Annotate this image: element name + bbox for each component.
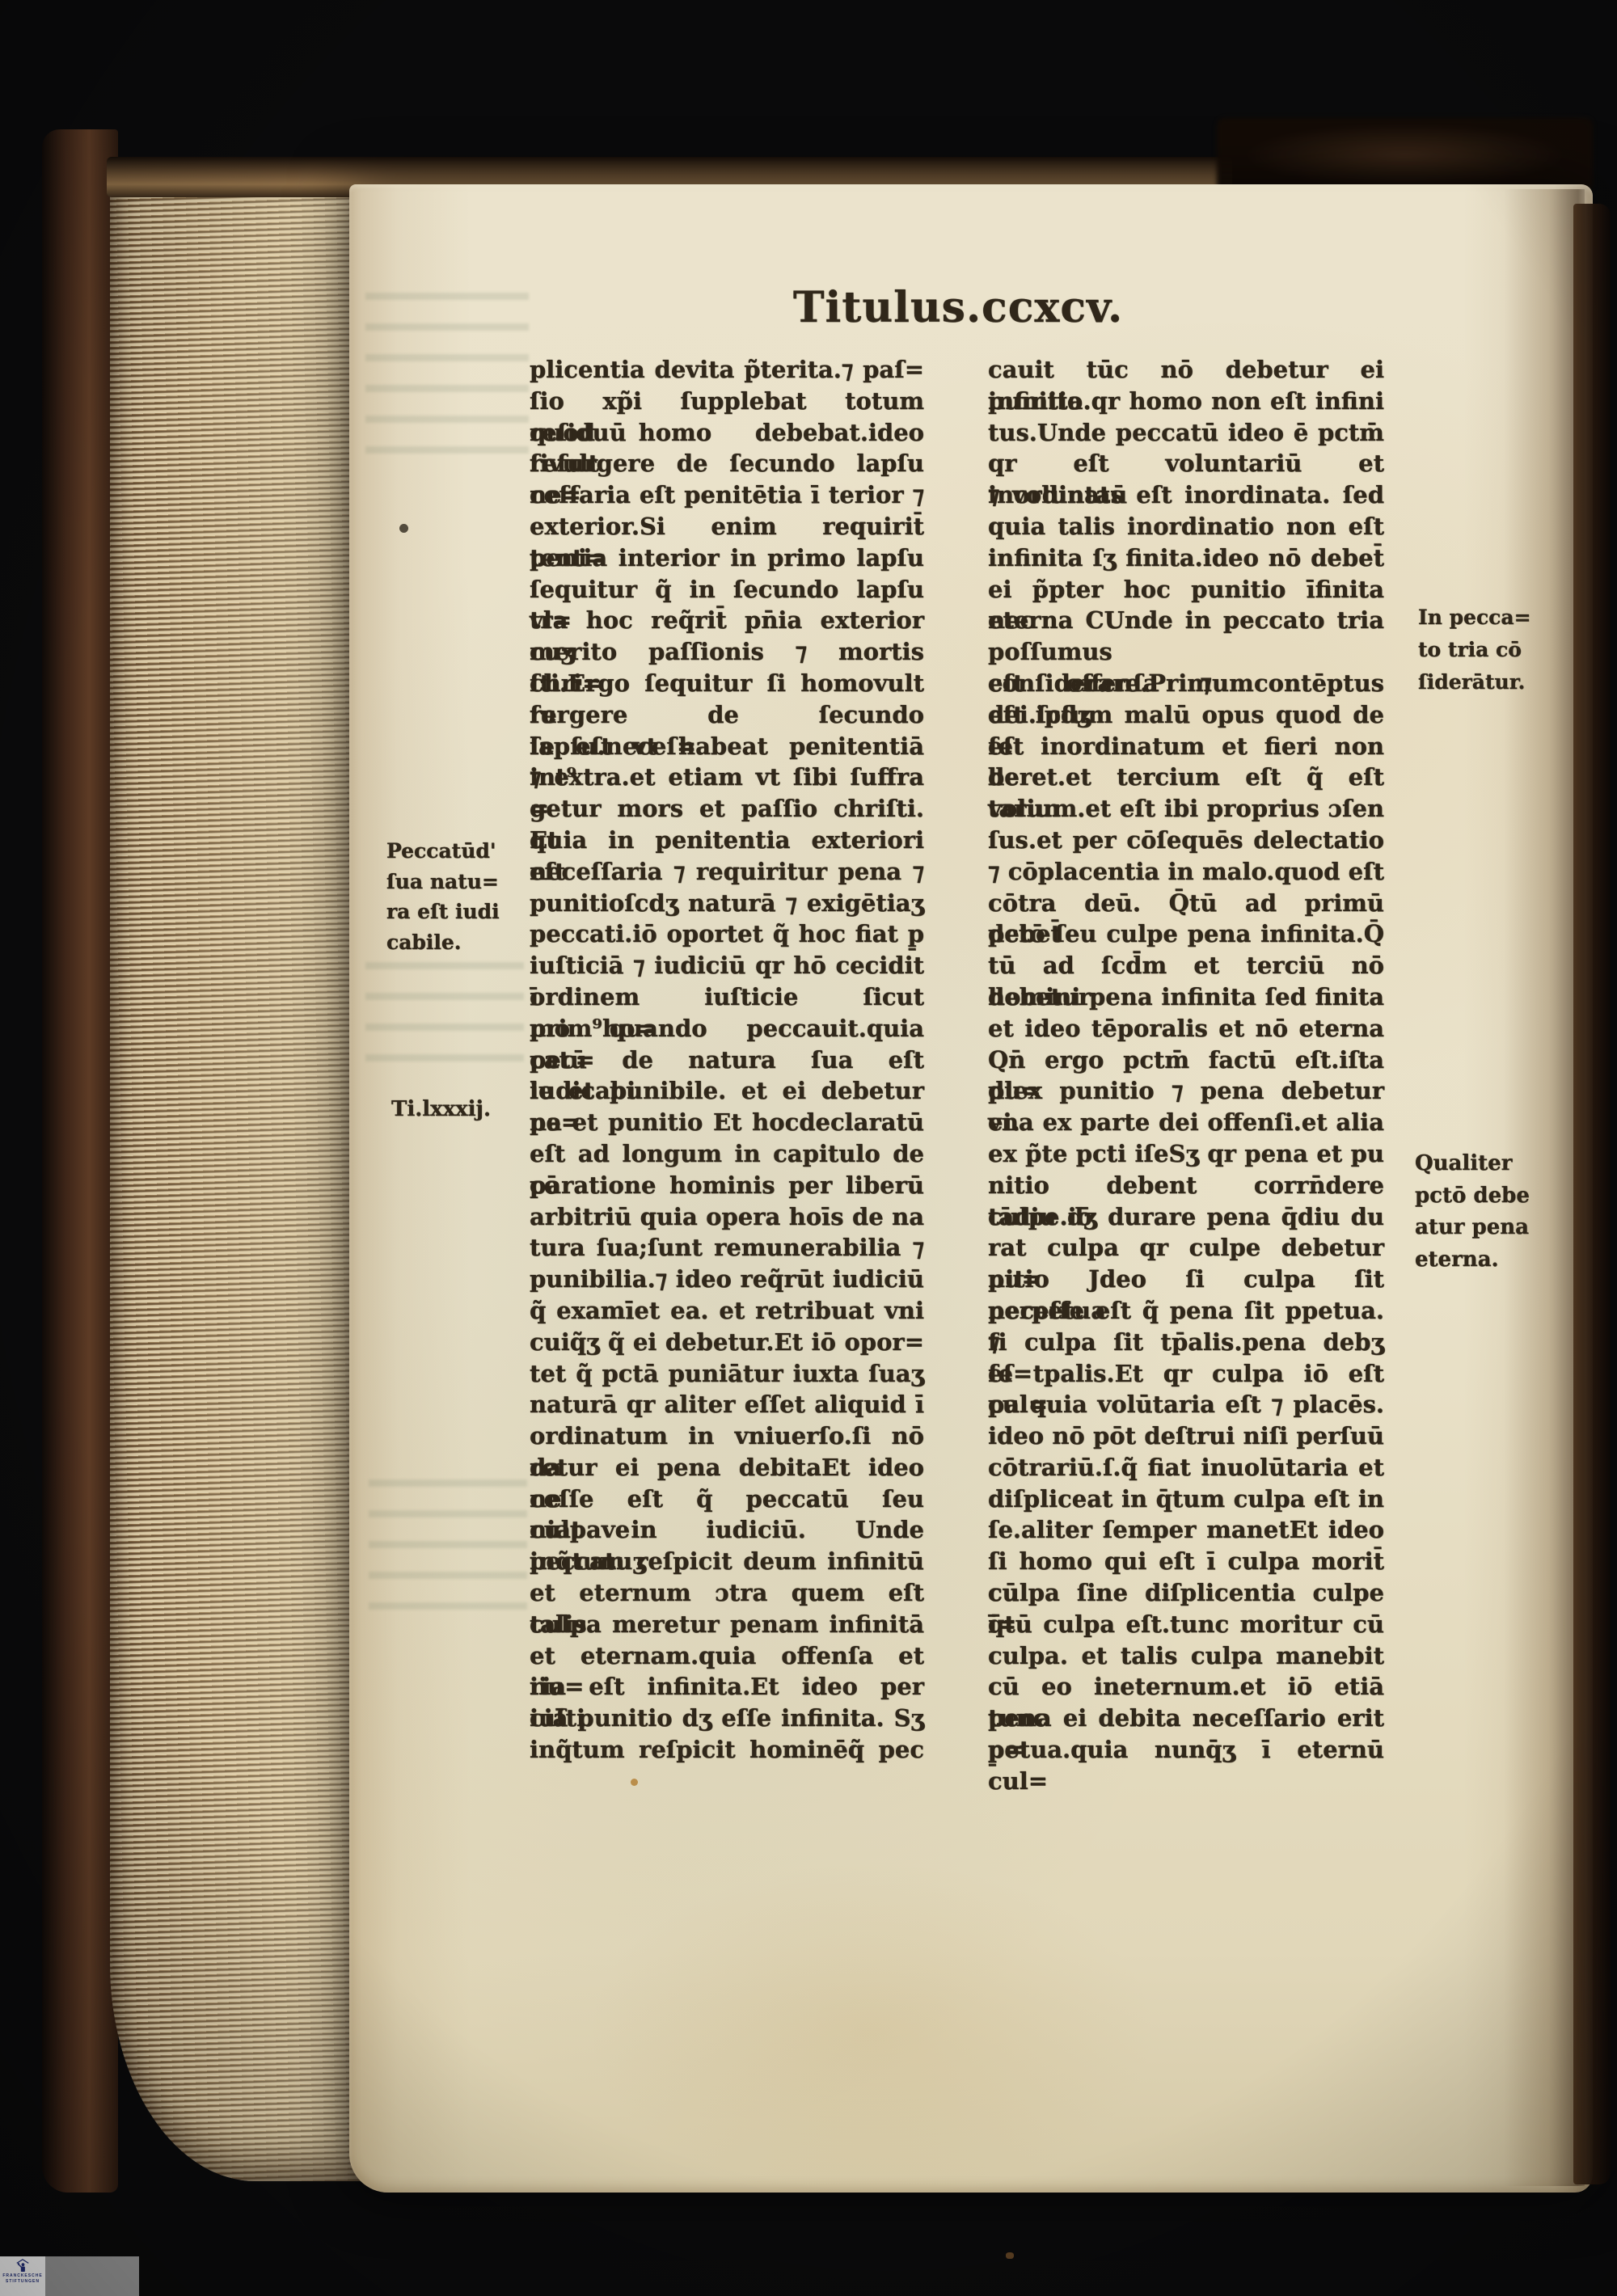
- text-line: ⁊ cōplacentia in malo.quod eſt: [988, 856, 1384, 888]
- text-line: tra hoc req̃rit̄ pn̄ia exterior cuʒ: [530, 605, 924, 636]
- text-line: eterna CUnde in peccato tria: [988, 605, 1384, 636]
- text-line: petua.quia nunq̄ʒ ī eternū cul=: [988, 1734, 1384, 1766]
- ink-spot: [399, 524, 408, 533]
- text-line: Qn̄ ergo pctm̄ factū eſt.iſta du=: [988, 1045, 1384, 1076]
- margin-note-line: to tria cō: [1418, 634, 1531, 666]
- book-photograph: Titulus.ccxcv. plicentia devita p̃terita…: [0, 0, 1617, 2296]
- text-line: punitioſcdʒ naturā ⁊ exigētiaʒ: [530, 888, 924, 919]
- text-line: culpa. et talis culpa manebit: [988, 1640, 1384, 1672]
- cover-board-edge: [1217, 118, 1593, 192]
- text-line: naturā qr aliter eſſet aliquid ī: [530, 1389, 924, 1420]
- text-line: qr eſt voluntariū et inordinatū: [988, 448, 1384, 479]
- text-line: ſi culpa ſit tp̄alis.pena debʒ eſ=: [988, 1327, 1384, 1358]
- text-line: tādiu dʒ durare pena q̄diu du: [988, 1201, 1384, 1233]
- text-column-left: plicentia devita p̃terita.⁊ paſ=ſio xp̃i…: [530, 354, 924, 1766]
- text-line: plicentia devita p̃terita.⁊ paſ=: [530, 354, 924, 386]
- text-line: ideo nō pōt deſtrui niſi perſuū: [988, 1420, 1384, 1452]
- text-line: quia in penitentia exteriori eſt: [530, 825, 924, 856]
- text-line: mo quando peccauit.quia pec=: [530, 1013, 924, 1045]
- text-line: pctō ſeu culpe pena infinita.Q̄: [988, 918, 1384, 950]
- margin-note-line: Qualiter: [1415, 1148, 1530, 1180]
- margin-note-line: Ti.lxxxij.: [391, 1095, 491, 1125]
- calibration-gray-patch: [45, 2256, 139, 2296]
- text-line: tura ſua;ſunt remunerabilia ⁊: [530, 1232, 924, 1264]
- text-line: rat culpa qr culpe debetur pu=: [988, 1232, 1384, 1264]
- text-line: merito paſſionis ⁊ mortis chri=: [530, 636, 924, 668]
- text-line: tarium.et eſt ibi proprius ɔſen: [988, 793, 1384, 825]
- text-line: ſe.aliter ſemper manetEt ideo: [988, 1514, 1384, 1546]
- text-line: neceſſaria ⁊ requiritur pena ⁊: [530, 856, 924, 888]
- text-line: iuſticiā ⁊ iudiciū qr hō cecidit ī: [530, 950, 924, 981]
- margin-note-line: ra eſt iudi: [386, 897, 500, 927]
- text-line: ſi homo qui eſt ī culpa morit̄ cū: [988, 1546, 1384, 1577]
- text-line: ceſſaria eſt penitētia ī terior ⁊: [530, 479, 924, 511]
- next-leaf-edge: [1573, 204, 1611, 2184]
- text-line: plex punitio ⁊ pena debetur ei.: [988, 1075, 1384, 1107]
- text-line: poſſumus conſiderare.Primum: [988, 636, 1384, 668]
- text-line: cuiq̃ʒ q̃ ei debetur.Et iō opor=: [530, 1327, 924, 1358]
- text-line: peccati.iō oportet q̃ hoc fiat p̱: [530, 918, 924, 950]
- text-line: ⁊ voluntas eſt inordinata. ſed: [988, 479, 1384, 511]
- text-line: retur ei pena debitaEt ideo ne: [530, 1452, 924, 1484]
- text-line: culpa meretur penam infinitā: [530, 1609, 924, 1640]
- text-line: nitio debent corrn̄dere culpe.iō: [988, 1170, 1384, 1201]
- text-line: inq̃tum reſpicit hominēq̃ pec: [530, 1734, 924, 1766]
- margin-note-right-1: In pecca=to tria cōſiderātur.: [1418, 601, 1531, 699]
- text-line: le et punibile. et ei debetur pe=: [530, 1075, 924, 1107]
- text-line: vna ex parte dei offenſi.et alia: [988, 1107, 1384, 1138]
- text-line: ſequitur q̃ in ſecundo lapſu vl=: [530, 574, 924, 606]
- text-line: ceſſe eſt q̃ peccatū ſeu culpave: [530, 1484, 924, 1515]
- text-line: eſt inordinatum et fieri non de: [988, 731, 1384, 762]
- text-line: ex p̃te pcti iſeSʒ qr pena et pu: [988, 1138, 1384, 1170]
- text-line: diſpliceat in q̄tum culpa eſt in: [988, 1484, 1384, 1515]
- text-line: et ideo tēporalis et nō eterna: [988, 1013, 1384, 1045]
- text-line: ciā punitio dʒ eſſe infinita. Sʒ: [530, 1703, 924, 1734]
- text-line: getur mors et paſſio chriſti. Et: [530, 793, 924, 825]
- franckesche-stiftungen-logo-icon: [15, 2259, 30, 2273]
- bleed-through-text: [365, 293, 529, 461]
- text-line: et eternum ɔtra quem eſt talis: [530, 1577, 924, 1609]
- text-line: cōtra deū. Q̄tū ad primū debet̄: [988, 888, 1384, 919]
- margin-note-right-2: Qualiterpctō debeatur penaeterna.: [1415, 1148, 1530, 1276]
- text-line: arbitriū quia opera hoīs de na: [530, 1201, 924, 1233]
- text-line: pa quia volūtaria eſt ⁊ placēs.: [988, 1389, 1384, 1420]
- library-stamp: FRANCKESCHE STIFTUNGEN: [0, 2256, 45, 2296]
- text-line: cōtrariū.ſ.q̃ fiat inuolūtaria et: [988, 1452, 1384, 1484]
- text-line: quod homo debebat.ideo ſivult: [530, 417, 924, 449]
- book-page: Titulus.ccxcv. plicentia devita p̃terita…: [349, 184, 1593, 2193]
- text-line: culpa ſine diſplicentia culpe ī=: [988, 1577, 1384, 1609]
- page-block-edges: [110, 167, 361, 2181]
- text-line: beret.et tercium eſt q̃ eſt volun: [988, 762, 1384, 793]
- text-line: punibilia.⁊ ideo req̃rūt iudiciū: [530, 1264, 924, 1295]
- text-line: tū ad ſcd̄m et terciū nō debetur: [988, 950, 1384, 981]
- stain-spot: [1006, 2252, 1014, 2259]
- margin-note-left-1: Peccatūd'ſua natu=ra eſt iudicabile.: [386, 836, 500, 957]
- book-spine: [42, 129, 118, 2193]
- text-line: tet q̃ pctā puniātur iuxta ſuaʒ: [530, 1358, 924, 1390]
- text-line: exterior.Si enim requirit̄ peni=: [530, 511, 924, 542]
- text-line: pena ei debita neceſſario erit p̱=: [988, 1703, 1384, 1734]
- text-line: niat in iudiciū. Unde peccatuʒ: [530, 1514, 924, 1546]
- text-line: infinita.qr homo non eſt infini: [988, 386, 1384, 417]
- text-line: inq̃tum reſpicit deum infinitū: [530, 1546, 924, 1577]
- margin-note-line: ſua natu=: [386, 867, 500, 897]
- stamp-text-line2: STIFTUNGEN: [6, 2279, 40, 2285]
- bleed-through-text: [365, 962, 524, 1085]
- stain-spot: [631, 1779, 638, 1786]
- bleed-through-text: [369, 1479, 527, 1615]
- text-line: ordinatum in vniuerſo.ſi nō da: [530, 1420, 924, 1452]
- text-line: infinita ſʒ finita.ideo nō debet̄: [988, 542, 1384, 574]
- margin-note-line: Peccatūd': [386, 836, 500, 867]
- margin-note-line: cabile.: [386, 927, 500, 958]
- text-line: neceſſe eſt q̃ pena ſit ppetua. ⁊: [988, 1295, 1384, 1327]
- text-line: q̄tū culpa eſt.tunc moritur cū: [988, 1609, 1384, 1640]
- margin-note-line: atur pena: [1415, 1212, 1530, 1244]
- text-line: cū eo ineternum.et iō etiā tunc: [988, 1671, 1384, 1703]
- text-line: tentia interior in primo lapſu: [530, 542, 924, 574]
- text-line: ⁊ extra.et etiam vt ſibi ſuffra =: [530, 762, 924, 793]
- text-line: paratione hominis per liberū: [530, 1170, 924, 1201]
- text-line: catū de natura ſua eſt iudicabi: [530, 1045, 924, 1076]
- text-line: ſe tpalis.Et qr culpa iō eſt cul=: [988, 1358, 1384, 1390]
- margin-note-line: pctō debe: [1415, 1180, 1530, 1213]
- text-line: ria eſt infinita.Et ideo per iuſti: [530, 1671, 924, 1703]
- text-line: reſurgere de ſecundo lapſu ne=: [530, 448, 924, 479]
- margin-note-line: In pecca=: [1418, 601, 1531, 634]
- text-line: eſt ad longum in capitulo de cō: [530, 1138, 924, 1170]
- text-line: cauit tūc nō debetur ei punitio: [988, 354, 1384, 386]
- margin-note-line: ſiderātur.: [1418, 666, 1531, 699]
- text-line: et eternam.quia offenſa et iiu=: [530, 1640, 924, 1672]
- text-line: ſe eſt vt habeat penitentiā int⁹: [530, 731, 924, 762]
- text-line: homini pena infinita ſed finita: [988, 981, 1384, 1013]
- text-line: nitio Jdeo ſi culpa ſit perpetua: [988, 1264, 1384, 1295]
- text-line: na et punitio Et hocdeclaratū: [530, 1107, 924, 1138]
- page-title: Titulus.ccxcv.: [788, 283, 1128, 332]
- margin-note-left-2: Ti.lxxxij.: [391, 1095, 491, 1125]
- text-line: tus.Unde peccatū ideo ē pctm̄: [988, 417, 1384, 449]
- text-line: quia talis inordinatio non eſt: [988, 511, 1384, 542]
- text-line: ſio xp̃i ſupplebat totum reſiduū: [530, 386, 924, 417]
- text-line: ſti.Ergo ſequitur ſi homovult re: [530, 668, 924, 699]
- margin-note-line: eterna.: [1415, 1244, 1530, 1277]
- text-line: ſus.et per cōſequēs delectatio: [988, 825, 1384, 856]
- text-line: eſt offenſa ⁊ contēptus dei.ſcdʒ: [988, 668, 1384, 699]
- text-line: ei p̃pter hoc punitio īfinita nec: [988, 574, 1384, 606]
- text-column-right: cauit tūc nō debetur ei punitioinfinita.…: [988, 354, 1384, 1766]
- text-line: eſt ipſum malū opus quod de ſe: [988, 699, 1384, 731]
- text-line: ordinem iuſticie ſicut prim⁹ho=: [530, 981, 924, 1013]
- text-line: ſurgere de ſecundo lapſu.neceſ=: [530, 699, 924, 731]
- text-line: q̃ examīet ea. et retribuat vni: [530, 1295, 924, 1327]
